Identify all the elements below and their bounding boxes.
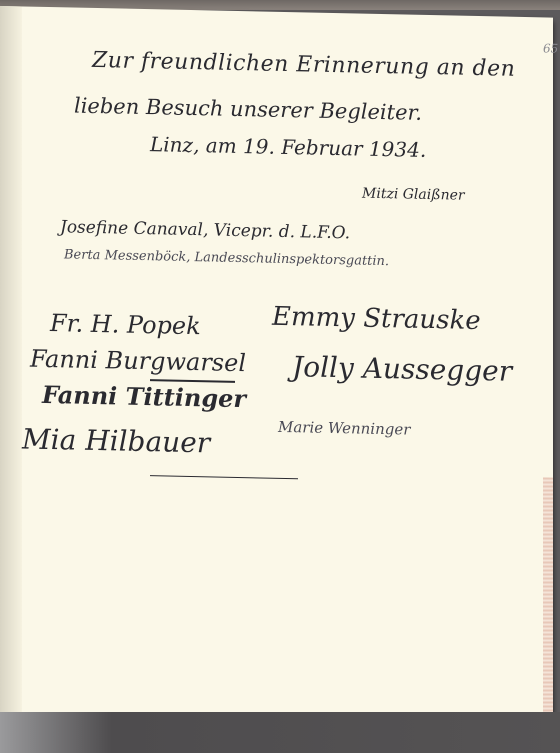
signature-popek: Fr. H. Popek — [50, 309, 201, 340]
page-edge — [543, 477, 553, 739]
dedication-line-1: Zur freundlichen Erinnerung an den — [92, 48, 515, 82]
signature-hilbauer: Mia Hilbauer — [22, 422, 210, 459]
guestbook-page: 65 Zur freundlichen Erinnerung an den li… — [0, 6, 553, 740]
entry-berta: Berta Messenböck, Landesschulinspektorsg… — [64, 247, 389, 269]
dedication-line-2: lieben Besuch unserer Begleiter. — [74, 94, 422, 125]
page-gutter — [0, 6, 22, 728]
book-bottom-shadow — [0, 712, 560, 753]
signature-aussegger: Jolly Aussegger — [292, 350, 512, 388]
dedication-date: Linz, am 19. Februar 1934. — [150, 132, 426, 162]
signature-underline — [150, 475, 298, 479]
signature-mitzi: Mitzi Glaißner — [362, 186, 465, 204]
signature-tittinger: Fanni Tittinger — [42, 380, 246, 413]
signature-burgwarsel: Fanni Burgwarsel — [30, 345, 246, 378]
signature-wenninger: Marie Wenninger — [278, 418, 410, 439]
entry-josefine: Josefine Canaval, Vicepr. d. L.F.O. — [60, 217, 350, 243]
page-number: 65 — [543, 41, 558, 55]
signature-strauske: Emmy Strauske — [272, 302, 481, 336]
